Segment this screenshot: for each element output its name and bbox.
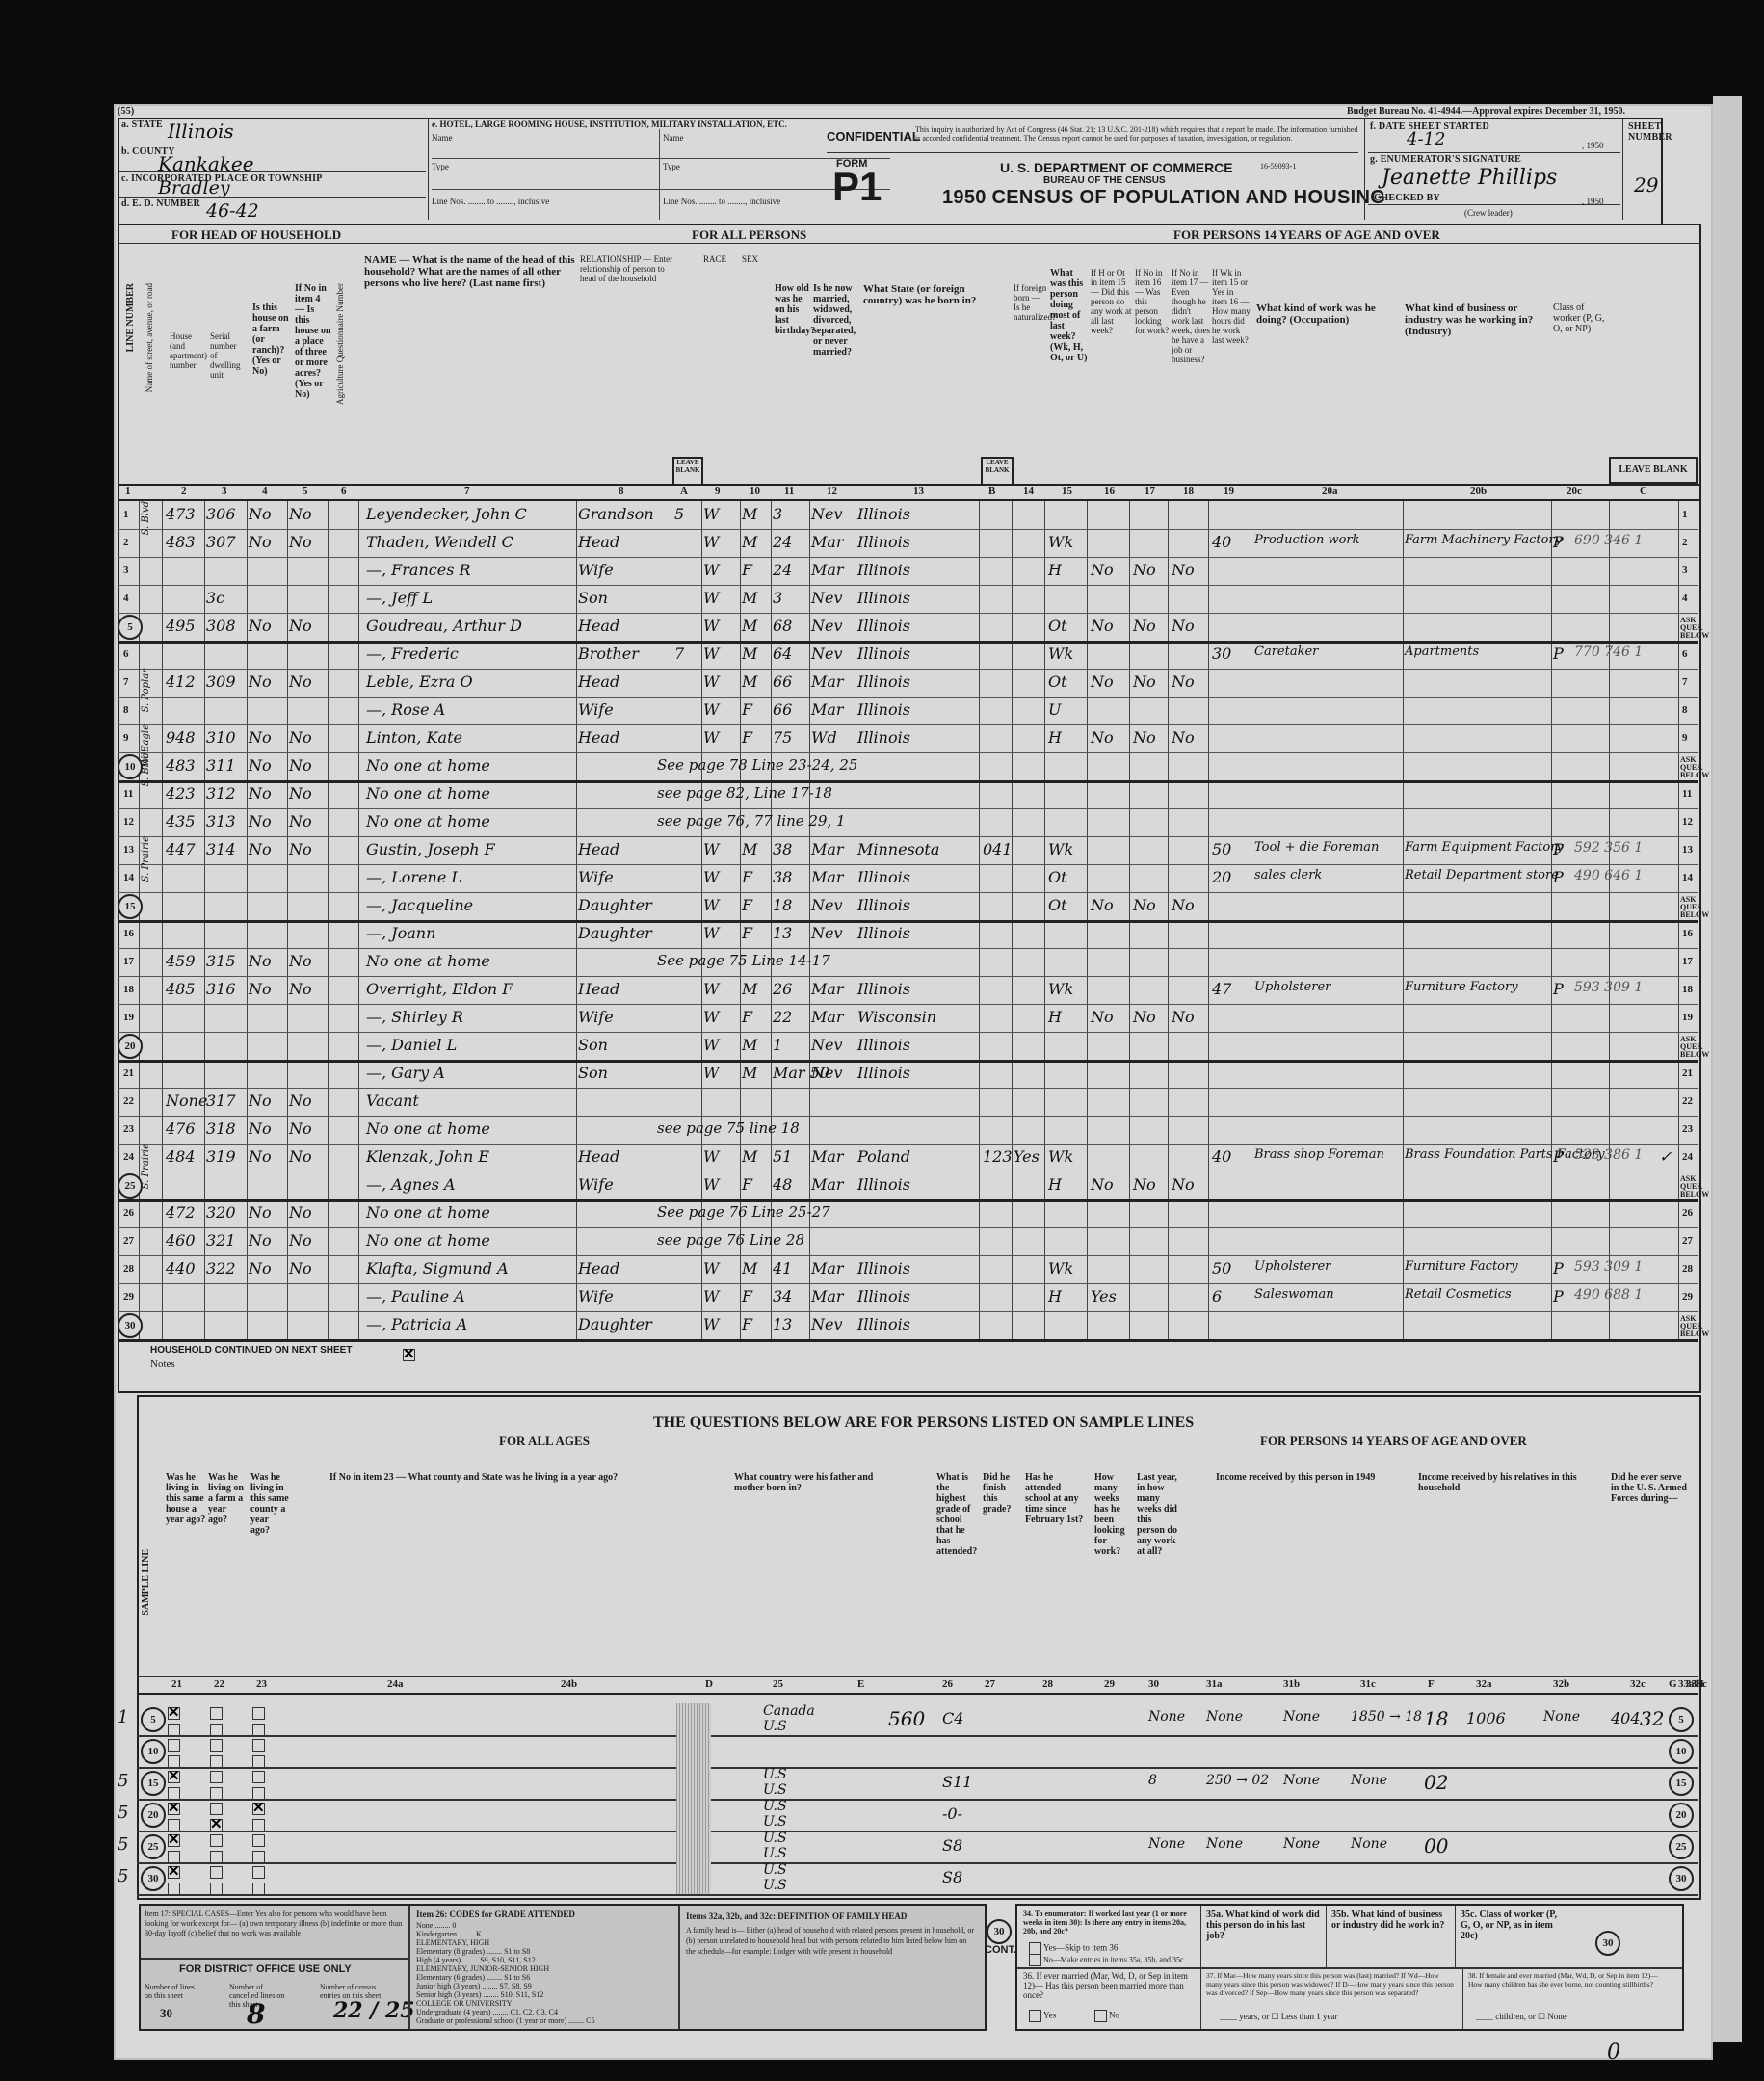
- cell-marital: Mar: [811, 980, 844, 998]
- table-row: 30—, Patricia ADaughterWF13NevIllinoisAS…: [118, 1311, 1698, 1338]
- cell-birthplace: Illinois: [857, 1315, 910, 1333]
- cell-class: P: [1553, 980, 1564, 998]
- column-number: 2: [181, 486, 187, 497]
- cell-farm: No: [249, 505, 272, 523]
- cell-industry: Retail Cosmetics: [1405, 1287, 1512, 1302]
- q23-yes-checkbox[interactable]: [252, 1707, 265, 1720]
- q23-yes-checkbox[interactable]: [252, 1803, 265, 1815]
- cell-q18: No: [1172, 672, 1195, 691]
- line-number: 13: [123, 844, 134, 856]
- cancelled-lines-value: 8: [247, 1998, 265, 2030]
- q21-checkbox-group: [168, 1707, 182, 1736]
- cell-industry: Farm Machinery Factory: [1405, 533, 1562, 547]
- line-number: 16: [123, 928, 134, 939]
- person-rows: 1S. Blvd473306NoNoLeyendecker, John CGra…: [118, 501, 1698, 1339]
- cell-age: 24: [773, 561, 792, 579]
- q21-yes-checkbox[interactable]: [168, 1834, 180, 1847]
- q22-no-checkbox[interactable]: [210, 1883, 223, 1895]
- cell-house: 485: [166, 980, 196, 998]
- cell-birthplace: Illinois: [857, 1287, 910, 1305]
- q38-text: 38. If female and ever married (Mar, Wd,…: [1468, 1971, 1671, 1989]
- family-head-text: A family head is— Either (a) head of hou…: [686, 1925, 975, 1957]
- q21-yes-checkbox[interactable]: [168, 1803, 180, 1815]
- cell-marital: Mar: [811, 1175, 844, 1194]
- cell-rel: Son: [578, 1036, 608, 1054]
- cell-q17: No: [1133, 728, 1156, 747]
- q23-checkbox-group: [252, 1803, 267, 1831]
- cell-race: W: [703, 533, 719, 551]
- q21-yes-checkbox[interactable]: [168, 1771, 180, 1783]
- grade-code-item: ELEMENTARY, JUNIOR-SENIOR HIGH: [416, 1964, 676, 1973]
- cell-age: 18: [773, 896, 792, 914]
- cell-marital: Mar: [811, 840, 844, 858]
- cell-serial: 321: [206, 1231, 236, 1250]
- cell-sex: M: [742, 1064, 757, 1082]
- sample-line-circle-right: 30: [1669, 1866, 1694, 1891]
- cell-note: See page 78 Line 23-24, 25: [657, 756, 857, 774]
- cell-note: see page 82, Line 17-18: [657, 784, 832, 802]
- q23-yes-checkbox[interactable]: [252, 1739, 265, 1752]
- cell-house: 495: [166, 617, 196, 635]
- q22-yes-checkbox[interactable]: [210, 1834, 223, 1847]
- line-number-right: 27: [1682, 1235, 1693, 1247]
- cell-marital: Nev: [811, 589, 843, 607]
- line-number-right: 22: [1682, 1095, 1693, 1107]
- grade-codes-title: Item 26: CODES for GRADE ATTENDED: [416, 1910, 575, 1919]
- cell-name: No one at home: [366, 952, 490, 970]
- sample-row-mark: 1: [118, 1707, 128, 1727]
- cell-age: 3: [773, 505, 782, 523]
- q21-checkbox-group: [168, 1803, 182, 1831]
- q36-yes-checkbox[interactable]: [1029, 2010, 1041, 2022]
- grade-code-item: Elementary (6 grades) ........ S1 to S6: [416, 1973, 676, 1982]
- cell-activity: U: [1048, 700, 1061, 719]
- sample-line-circle: 10: [141, 1739, 166, 1764]
- line-number: 26: [123, 1207, 134, 1219]
- table-row: 3—, Frances RWifeWF24MarIllinoisHNoNoNo3: [118, 557, 1698, 584]
- cell-house: 483: [166, 756, 196, 775]
- column-number: 12: [827, 486, 837, 497]
- cell-sex: M: [742, 1036, 757, 1054]
- column-number: B: [988, 486, 995, 497]
- q22-yes-checkbox[interactable]: [210, 1707, 223, 1720]
- cell-activity: Wk: [1048, 840, 1073, 858]
- cell-activity: H: [1048, 1008, 1062, 1026]
- cell-house: 423: [166, 784, 196, 803]
- cell-name: No one at home: [366, 1231, 490, 1250]
- cell-birthplace: Illinois: [857, 505, 910, 523]
- q23-checkbox-group: [252, 1866, 267, 1895]
- cell-rel: Daughter: [578, 1315, 652, 1333]
- cell-age: 66: [773, 672, 792, 691]
- q23-yes-checkbox[interactable]: [252, 1866, 265, 1879]
- cell-nat: Yes: [1014, 1147, 1040, 1166]
- table-row: 20—, Daniel LSonWM1NevIllinoisASK QUES. …: [118, 1032, 1698, 1059]
- cell-note: see page 76 Line 28: [657, 1231, 804, 1249]
- sample-father: U.S: [763, 1862, 787, 1878]
- q34-no-checkbox[interactable]: [1029, 1954, 1041, 1966]
- q37-answer[interactable]: ____ years, or ☐ Less than 1 year: [1220, 2012, 1338, 2022]
- sample-section-title: THE QUESTIONS BELOW ARE FOR PERSONS LIST…: [653, 1414, 1194, 1432]
- cell-class: P: [1553, 533, 1564, 551]
- sample-q32a: 1006: [1466, 1709, 1506, 1727]
- cell-birthplace: Illinois: [857, 1175, 910, 1194]
- q35c-text: 35c. Class of worker (P, G, O, or NP, as…: [1461, 1910, 1557, 1941]
- cell-name: Klenzak, John E: [366, 1147, 489, 1166]
- cell-occupation: sales clerk: [1254, 868, 1322, 882]
- cell-q16: No: [1091, 1175, 1114, 1194]
- cell-sex: M: [742, 645, 757, 663]
- household-continued-label: HOUSEHOLD CONTINUED ON NEXT SHEET: [150, 1345, 352, 1356]
- sample-column-number: 29: [1104, 1678, 1115, 1690]
- cell-q18: No: [1172, 896, 1195, 914]
- cell-marital: Nev: [811, 1315, 843, 1333]
- section-head-of-household: FOR HEAD OF HOUSEHOLD: [171, 227, 341, 243]
- cell-marital: Nev: [811, 1064, 843, 1082]
- q21-yes-checkbox[interactable]: [168, 1866, 180, 1879]
- sample-column-number: 32c: [1630, 1678, 1646, 1690]
- line-number: 30: [118, 1313, 143, 1338]
- line-number-right: 1: [1682, 509, 1688, 520]
- table-row: 9W. Eagle948310NoNoLinton, KateHeadWF75W…: [118, 724, 1698, 751]
- special-cases-text: Item 17: SPECIAL CASES—Enter Yes also fo…: [145, 1910, 405, 1938]
- line-number: 29: [123, 1291, 134, 1303]
- cell-race: W: [703, 840, 719, 858]
- cell-birthplace: Illinois: [857, 924, 910, 942]
- sample-rows: 155CanadaU.S560C4NoneNoneNone1850 → 1818…: [137, 1703, 1698, 1896]
- cell-age: 13: [773, 924, 792, 942]
- cell-note: See page 75 Line 14-17: [657, 952, 830, 969]
- sample-q31b: None: [1283, 1836, 1320, 1852]
- sample-line-circle-right: 15: [1669, 1771, 1694, 1796]
- line-number: 5: [118, 615, 143, 640]
- q35a-text: 35a. What kind of work did this person d…: [1206, 1910, 1322, 1941]
- cell-serial: 317: [206, 1092, 236, 1110]
- cell-sex: M: [742, 840, 757, 858]
- line-number-right: 7: [1682, 676, 1688, 688]
- cell-check: ✓: [1659, 1147, 1672, 1166]
- cell-race: W: [703, 672, 719, 691]
- cell-name: Overright, Eldon F: [366, 980, 513, 998]
- column-number: 14: [1023, 486, 1034, 497]
- line-number-right: 28: [1682, 1263, 1693, 1275]
- cell-marital: Mar: [811, 868, 844, 886]
- sample-mother: U.S: [763, 1878, 787, 1893]
- cell-class: P: [1553, 868, 1564, 886]
- cell-code: 770 746 1: [1574, 645, 1643, 660]
- q23-no-checkbox[interactable]: [252, 1883, 265, 1895]
- line-number-right: 9: [1682, 732, 1688, 744]
- grade-code-item: ELEMENTARY, HIGH: [416, 1938, 676, 1947]
- sample-q31b: None: [1283, 1773, 1320, 1788]
- cell-occupation: Upholsterer: [1254, 980, 1330, 994]
- cell-q18: No: [1172, 561, 1195, 579]
- bureau: BUREAU OF THE CENSUS: [1043, 175, 1166, 186]
- grade-code-item: Junior high (3 years) ........ S7, S8, S…: [416, 1982, 676, 1990]
- cell-age: 64: [773, 645, 792, 663]
- row-divider: [118, 1339, 1698, 1342]
- line-number: 27: [123, 1235, 134, 1247]
- cell-activity: Ot: [1048, 896, 1067, 914]
- cell-sex: M: [742, 505, 757, 523]
- q21-no-checkbox[interactable]: [168, 1883, 180, 1895]
- sample-e: 560: [888, 1707, 925, 1730]
- sample-line-circle: 5: [141, 1707, 166, 1732]
- table-row: 15—, JacquelineDaughterWF18NevIllinoisOt…: [118, 892, 1698, 919]
- cell-industry: Apartments: [1405, 645, 1479, 659]
- cell-farm: No: [249, 952, 272, 970]
- cell-age: 75: [773, 728, 792, 747]
- cell-serial: 310: [206, 728, 236, 747]
- cell-activity: Wk: [1048, 1147, 1073, 1166]
- q36-no-checkbox[interactable]: [1094, 2010, 1107, 2022]
- sample-row: 53030U.SU.SS8: [137, 1862, 1698, 1896]
- table-row: 7S. Poplar412309NoNoLeble, Ezra OHeadWM6…: [118, 669, 1698, 696]
- cell-farm: No: [249, 1231, 272, 1250]
- q21-yes-checkbox[interactable]: [168, 1707, 180, 1720]
- q21-checkbox-group: [168, 1866, 182, 1895]
- grade-code-item: Graduate or professional school (1 year …: [416, 2016, 676, 2025]
- leave-blank-d: [676, 1831, 711, 1862]
- cell-activity: Ot: [1048, 868, 1067, 886]
- cell-house: 484: [166, 1147, 196, 1166]
- cell-farm: No: [249, 812, 272, 830]
- location-block: a. STATE Illinois b. COUNTY Kankakee c. …: [119, 119, 426, 220]
- lines-on-sheet-value: 30: [160, 2006, 172, 2021]
- table-row: 21—, Gary ASonWMMar 50NevIllinois21: [118, 1060, 1698, 1087]
- cell-occupation: Brass shop Foreman: [1254, 1147, 1384, 1162]
- cell-farm: No: [249, 840, 272, 858]
- cell-marital: Nev: [811, 645, 843, 663]
- line-number-right: 18: [1682, 984, 1693, 995]
- form-id: P1: [832, 166, 882, 208]
- cell-marital: Mar: [811, 561, 844, 579]
- line-number: 7: [123, 676, 129, 688]
- line-number: 17: [123, 956, 134, 967]
- sample-column-number: 23: [256, 1678, 267, 1690]
- department: U. S. DEPARTMENT OF COMMERCE: [1000, 160, 1233, 175]
- q22-yes-checkbox[interactable]: [210, 1739, 223, 1752]
- cell-acres: No: [289, 505, 312, 523]
- cell-serial: 319: [206, 1147, 236, 1166]
- sheet-number: 29: [1634, 173, 1658, 197]
- table-row: 6—, FredericBrother7WM64NevIllinoisWk30C…: [118, 641, 1698, 668]
- cell-marital: Mar: [811, 1147, 844, 1166]
- cell-sex: F: [742, 924, 752, 942]
- line-number: 9: [123, 732, 129, 744]
- line-number-right: 12: [1682, 816, 1693, 828]
- cell-house: 473: [166, 505, 196, 523]
- sample-header-q26: What is the highest grade of school that…: [936, 1472, 979, 1557]
- cell-rel: Head: [578, 533, 619, 551]
- sample-q31a: 250 → 02: [1206, 1773, 1269, 1788]
- sample-line-circle-right: 25: [1669, 1834, 1694, 1859]
- sample-father: U.S: [763, 1799, 787, 1814]
- cell-class: P: [1553, 1259, 1564, 1278]
- cell-q16: No: [1091, 728, 1114, 747]
- cell-race: W: [703, 728, 719, 747]
- sample-row-mark: 5: [118, 1803, 128, 1823]
- household-continued-checkbox[interactable]: [403, 1349, 415, 1361]
- q22-yes-checkbox[interactable]: [210, 1866, 223, 1879]
- cell-name: Leyendecker, John C: [366, 505, 527, 523]
- cell-birthplace: Illinois: [857, 1259, 910, 1278]
- line-number-right: 14: [1682, 872, 1693, 883]
- sample-column-headers: Was he living in this same house a year …: [137, 1453, 1698, 1694]
- q23-checkbox-group: [252, 1707, 267, 1736]
- cell-race: W: [703, 1287, 719, 1305]
- line-number: 1: [123, 509, 129, 520]
- column-number: 19: [1224, 486, 1234, 497]
- sample-column-number: 31a: [1206, 1678, 1223, 1690]
- cell-activity: Wk: [1048, 980, 1073, 998]
- grade-code-item: Undergraduate (4 years) ........ C1, C2,…: [416, 2008, 676, 2016]
- cell-rel: Wife: [578, 700, 614, 719]
- column-number: 1: [125, 486, 131, 497]
- line-number-right: 29: [1682, 1291, 1693, 1303]
- column-number: 16: [1104, 486, 1115, 497]
- grade-code-item: COLLEGE OR UNIVERSITY: [416, 1999, 676, 2008]
- sample-header-q21: Was he living in this same house a year …: [166, 1472, 206, 1525]
- cell-serial: 322: [206, 1259, 236, 1278]
- cell-class: P: [1553, 645, 1564, 663]
- sample-mother: U.S: [763, 1814, 787, 1830]
- cell-q17: No: [1133, 561, 1156, 579]
- cell-name: No one at home: [366, 812, 490, 830]
- line-number-right: 19: [1682, 1012, 1693, 1023]
- grade-code-item: Kindergarten ........ K: [416, 1930, 676, 1938]
- sample-line-circle: 25: [141, 1834, 166, 1859]
- cell-q16: No: [1091, 617, 1114, 635]
- column-number: 3: [222, 486, 227, 497]
- sample-column-number: 24b: [561, 1678, 577, 1690]
- cell-rel: Head: [578, 1147, 619, 1166]
- cell-race: W: [703, 896, 719, 914]
- table-row: 2483307NoNoThaden, Wendell CHeadWM24MarI…: [118, 529, 1698, 556]
- cell-hours: 50: [1212, 1259, 1231, 1278]
- sample-header-q22: Was he living on a farm a year ago?: [208, 1472, 247, 1525]
- cell-race: W: [703, 645, 719, 663]
- cell-race: W: [703, 1147, 719, 1166]
- sample-q30: None: [1148, 1836, 1185, 1852]
- sample-grade: C4: [942, 1709, 963, 1727]
- sample-mother: U.S: [763, 1719, 787, 1734]
- sample-row: 1010: [137, 1735, 1698, 1769]
- column-number: A: [680, 486, 688, 497]
- cell-birthplace: Illinois: [857, 1064, 910, 1082]
- cell-note: see page 75 line 18: [657, 1120, 800, 1137]
- cell-q16: No: [1091, 561, 1114, 579]
- sample-line-label: SAMPLE LINE: [141, 1549, 151, 1616]
- cell-rel: Wife: [578, 561, 614, 579]
- sample-grade: S11: [942, 1773, 972, 1791]
- institution-block: e. HOTEL, LARGE ROOMING HOUSE, INSTITUTI…: [432, 119, 894, 220]
- sample-column-number: 21: [171, 1678, 182, 1690]
- q37-text: 37. If Mar—How many years since this per…: [1206, 1971, 1457, 1997]
- cell-acres: No: [289, 1203, 312, 1222]
- q23-yes-checkbox[interactable]: [252, 1834, 265, 1847]
- cell-name: Goudreau, Arthur D: [366, 617, 522, 635]
- cell-acres: No: [289, 1092, 312, 1110]
- column-number: 8: [619, 486, 624, 497]
- cell-name: Klafta, Sigmund A: [366, 1259, 509, 1278]
- sample-q31c: 1850 → 18: [1351, 1709, 1422, 1725]
- cell-rel: Head: [578, 617, 619, 635]
- q22-yes-checkbox[interactable]: [210, 1803, 223, 1815]
- cell-birthplace: Illinois: [857, 589, 910, 607]
- table-row: 27460321NoNoNo one at homesee page 76 Li…: [118, 1227, 1698, 1254]
- cell-age: 26: [773, 980, 792, 998]
- line-number-right: 8: [1682, 704, 1688, 716]
- cell-farm: No: [249, 533, 272, 551]
- q21-yes-checkbox[interactable]: [168, 1739, 180, 1752]
- cell-marital: Nev: [811, 505, 843, 523]
- q22-checkbox-group: [210, 1834, 224, 1863]
- q22-checkbox-group: [210, 1707, 224, 1736]
- cell-sex: M: [742, 617, 757, 635]
- cell-q17: No: [1133, 1008, 1156, 1026]
- line-number: 4: [123, 593, 129, 604]
- table-row: 8—, Rose AWifeWF66MarIllinoisU8: [118, 697, 1698, 724]
- cell-q16: Yes: [1091, 1287, 1117, 1305]
- cell-farm: No: [249, 1120, 272, 1138]
- sample-line-circle-right: 20: [1669, 1803, 1694, 1828]
- cell-house: 440: [166, 1259, 196, 1278]
- sample-q30: 8: [1148, 1773, 1157, 1788]
- sample-column-number: D: [705, 1678, 713, 1690]
- sample-q31a: None: [1206, 1836, 1243, 1852]
- cell-hours: 30: [1212, 645, 1231, 663]
- cell-q16: No: [1091, 1008, 1114, 1026]
- cell-serial: 311: [206, 756, 236, 775]
- cell-class: P: [1553, 1147, 1564, 1166]
- cell-birthplace: Illinois: [857, 645, 910, 663]
- q21-checkbox-group: [168, 1834, 182, 1863]
- q22-yes-checkbox[interactable]: [210, 1771, 223, 1783]
- cell-birthplace: Poland: [857, 1147, 910, 1166]
- cell-name: No one at home: [366, 784, 490, 803]
- cell-age: 38: [773, 868, 792, 886]
- cell-age: 51: [773, 1147, 792, 1166]
- sample-column-number: 31c: [1360, 1678, 1376, 1690]
- cell-sex: F: [742, 868, 752, 886]
- line-number: 22: [123, 1095, 134, 1107]
- cell-q16: No: [1091, 896, 1114, 914]
- cell-rel: Wife: [578, 1008, 614, 1026]
- q38-answer[interactable]: ____ children, or ☐ None: [1476, 2012, 1567, 2022]
- sample-row: 51515U.SU.SS118250 → 02NoneNone02: [137, 1767, 1698, 1801]
- table-row: 18485316NoNoOverright, Eldon FHeadWM26Ma…: [118, 976, 1698, 1003]
- column-number: 10: [750, 486, 760, 497]
- column-number: 20a: [1322, 486, 1338, 497]
- cell-occupation: Saleswoman: [1254, 1287, 1334, 1302]
- leave-blank-d: [676, 1862, 711, 1894]
- cell-acres: No: [289, 617, 312, 635]
- line-number-right: 3: [1682, 565, 1688, 576]
- cell-sex: F: [742, 1175, 752, 1194]
- confidential-label: CONFIDENTIAL: [827, 129, 920, 144]
- column-number: 11: [784, 486, 794, 497]
- cell-marital: Wd: [811, 728, 837, 747]
- cell-farm: No: [249, 728, 272, 747]
- q23-yes-checkbox[interactable]: [252, 1771, 265, 1783]
- ask-below-marker: ASK QUES. BELOW: [1680, 1036, 1709, 1059]
- sample-header-q28: Has he attended school at any time since…: [1025, 1472, 1089, 1525]
- column-number: 7: [464, 486, 470, 497]
- cell-serial: 314: [206, 840, 236, 858]
- column-headers: LINE NUMBER Name of street, avenue, or r…: [118, 245, 1698, 484]
- cell-rel: Daughter: [578, 924, 652, 942]
